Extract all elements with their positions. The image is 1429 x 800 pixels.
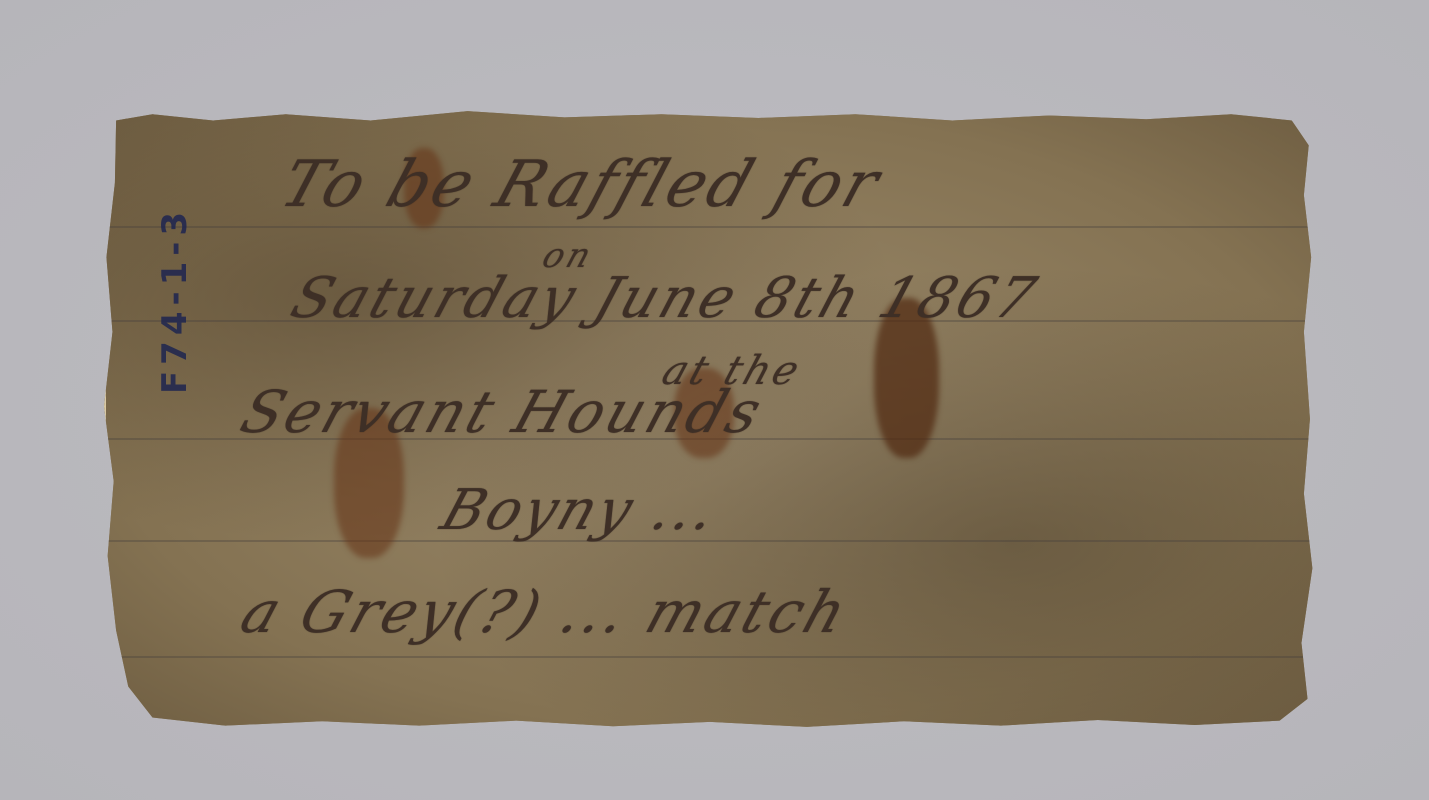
handwriting-line-6: Boyny ... [433,478,727,543]
handwriting-line-5: Servant Hounds [233,378,772,446]
catalog-number-text: F74-1-3 [155,206,195,394]
ruled-line [104,226,1316,228]
catalog-number: F74-1-3 [150,160,200,440]
raffle-ticket: To be Raffled for on Saturday June 8th 1… [104,108,1316,730]
handwriting-line-1: To be Raffled for [272,148,890,222]
handwriting-line-7: a Grey(?) ... match [233,578,858,646]
handwriting-line-3: Saturday June 8th 1867 [283,266,1046,331]
ruled-line [104,656,1316,658]
ruled-line [104,540,1316,542]
